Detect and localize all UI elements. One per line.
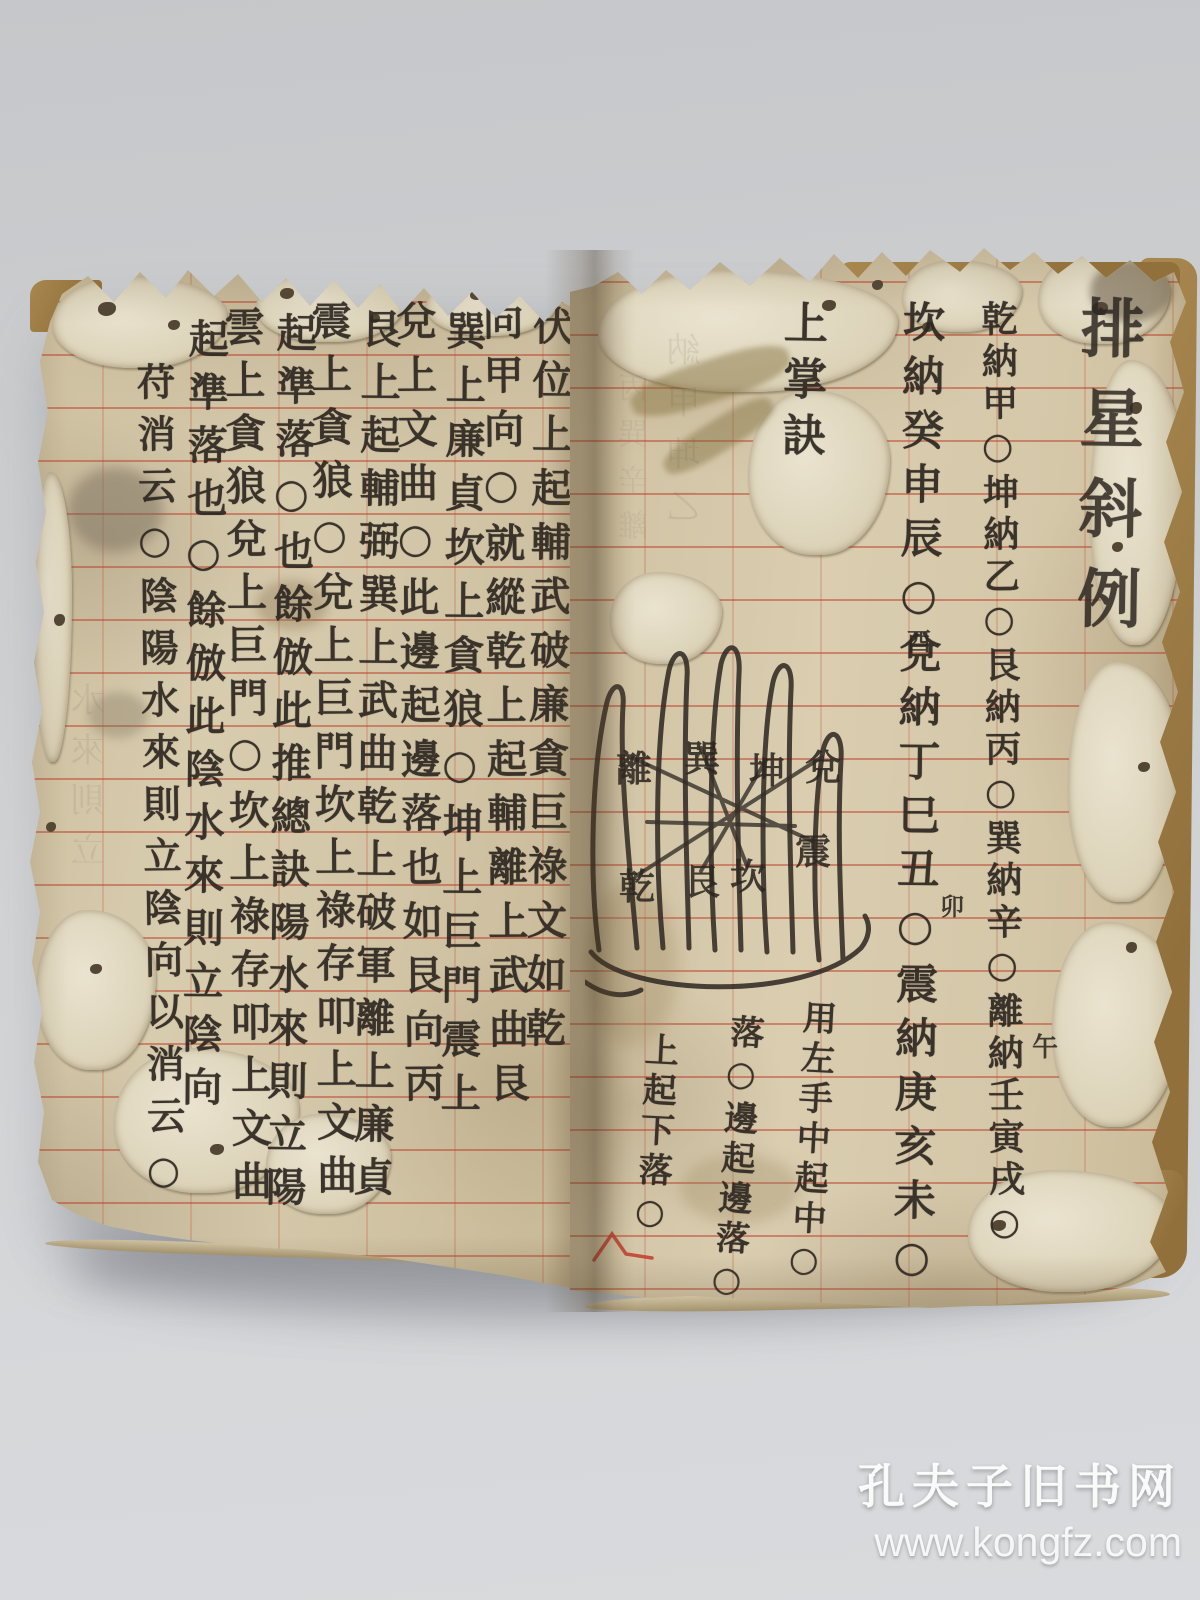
najia-column: 乾納甲○坤納乙○艮納丙○巽納辛○離納壬寅戌○	[978, 300, 1022, 1249]
manuscript-column: 雲上貪狼兌上巨門○坎上祿存叩上文曲	[221, 306, 269, 1213]
manuscript-column: 巽上廉貞坎上貪狼○坤上巨門震上	[437, 310, 483, 1126]
manuscript-column: 起準落也○餘倣此陰水來則立陰向	[179, 318, 226, 1119]
inline-correction: 卯	[940, 887, 964, 922]
bleedthrough-text: 丙巽辛離	[622, 372, 652, 556]
inline-correction: 酉	[907, 622, 931, 657]
manuscript-column: 伏位上起輔武破廉貪巨祿文如乾	[522, 305, 570, 1061]
bleedthrough-text: 納甲坤乙	[670, 332, 704, 540]
watermark-site-name: 孔夫子旧书网	[858, 1450, 1182, 1517]
instruction-column: 上起下落○	[632, 1031, 677, 1238]
red-caret-mark	[592, 1228, 656, 1268]
palm-label: 巽	[684, 731, 720, 782]
flake-patch	[34, 472, 72, 762]
watermark-site-url: www.kongfz.com	[858, 1519, 1182, 1566]
debris-spot	[470, 290, 483, 300]
debris-spot	[872, 280, 883, 290]
debris-spot	[46, 822, 56, 832]
palm-label: 兌	[805, 740, 841, 791]
section-heading: 上掌訣	[777, 300, 824, 469]
inline-correction: 午	[1032, 1027, 1058, 1064]
manuscript-column: 向甲向○就縱乾上起輔離上武曲艮	[479, 300, 526, 1116]
najia-column: 坎納癸申辰○兌納丁巳丑○震納庚亥未○	[890, 300, 942, 1293]
watermark: 孔夫子旧书网 www.kongfz.com	[858, 1450, 1182, 1566]
right-page: 納甲坤乙 丙巽辛離 排星斜例 乾納甲○坤納乙○艮納丙○巽納辛○離納壬寅戌○ 坎納…	[570, 242, 1192, 1320]
palm-label: 艮	[684, 854, 720, 905]
palm-label: 離	[616, 741, 652, 792]
manuscript-column: 苻消云○陰陽水來則立陰向以消云○	[133, 362, 183, 1206]
palm-label: 坤	[749, 743, 785, 794]
instruction-column: 用左手中起中○	[786, 999, 835, 1286]
page-title: 排星斜例	[1070, 295, 1139, 656]
flake-patch	[1068, 662, 1180, 902]
bleedthrough-text: 水來則立	[74, 682, 108, 882]
manuscript-column: 艮上起輔弼巽上武曲乾上破軍離上廉貞	[350, 308, 398, 1209]
palm-diagram-drawing	[585, 630, 880, 1002]
left-page: 水來則立 伏位上起輔武破廉貪巨祿文如乾 向甲向○就縱乾上起輔離上武曲艮 巽上廉貞…	[28, 262, 584, 1298]
palm-label: 乾	[619, 859, 655, 910]
palm-label: 坎	[730, 849, 766, 900]
manuscript-column: 兌上文曲○此邊起邊落也如艮向丙	[393, 300, 442, 1116]
palm-label: 震	[795, 824, 831, 875]
instruction-column: 落○邊起邊落○	[708, 1013, 762, 1307]
